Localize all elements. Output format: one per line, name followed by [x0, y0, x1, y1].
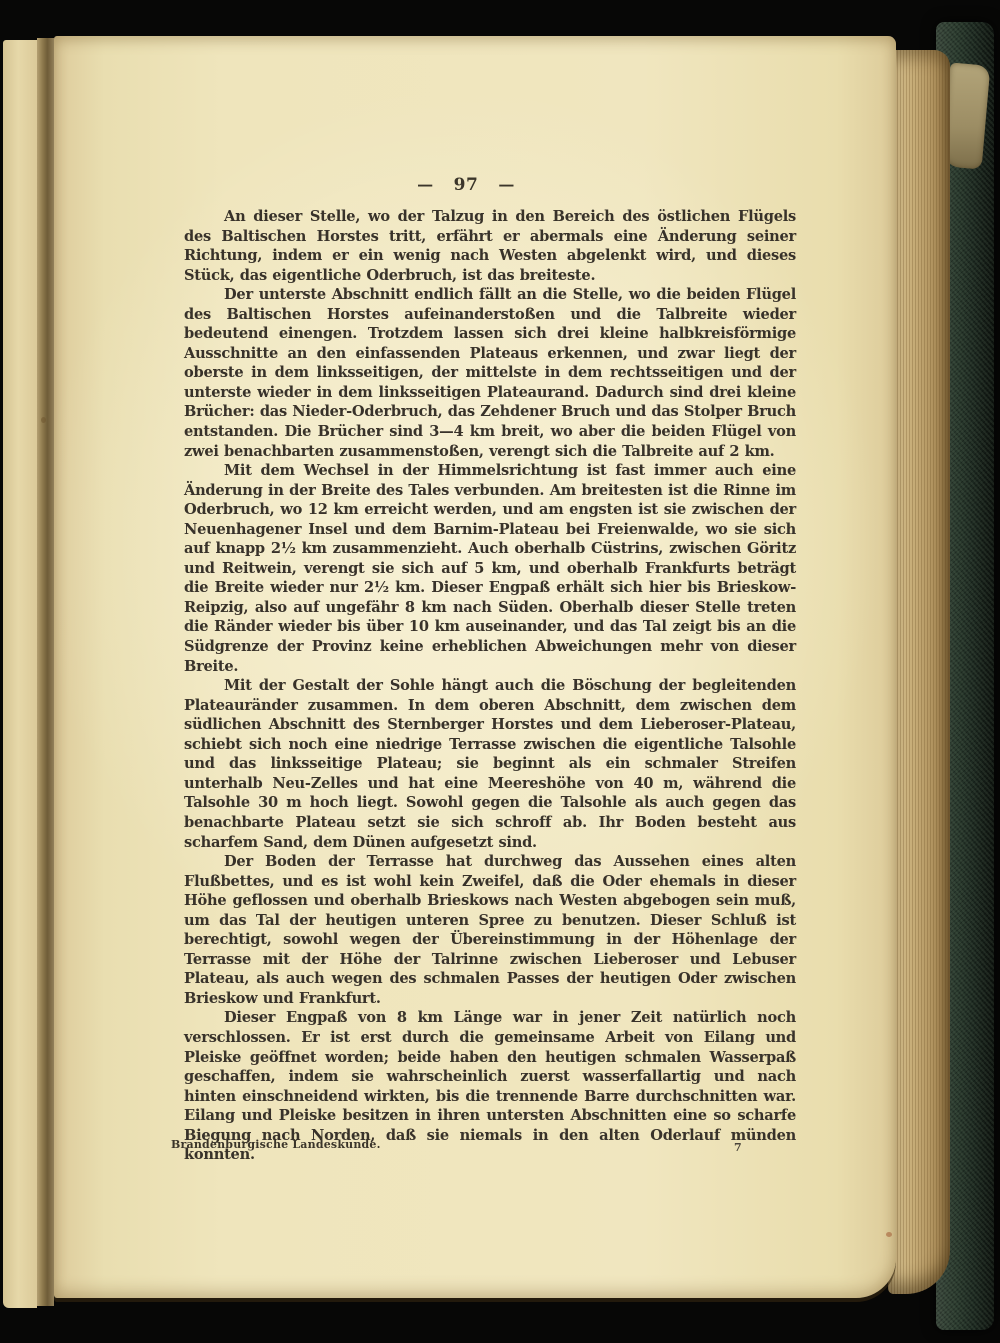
header-dash-left: — — [417, 175, 434, 194]
footer-series-title: Brandenburgische Landeskunde. — [171, 1138, 381, 1151]
page-number: 97 — [454, 175, 479, 195]
paragraph-5: Der Boden der Terrasse hat durchweg das … — [184, 852, 796, 1008]
page-blemish — [886, 1232, 892, 1237]
paragraph-3: Mit dem Wechsel in der Himmelsrichtung i… — [184, 461, 796, 676]
book-page: —97— An dieser Stelle, wo der Talzug in … — [54, 36, 896, 1298]
gutter-shadow — [37, 38, 54, 1306]
page-stack-fore-edge — [888, 50, 950, 1294]
footer-signature-number: 7 — [734, 1141, 742, 1154]
facing-page-edge — [3, 40, 37, 1308]
page-header: —97— — [160, 175, 772, 195]
paragraph-4: Mit der Gestalt der Sohle hängt auch die… — [184, 676, 796, 852]
scanned-book-photo: —97— An dieser Stelle, wo der Talzug in … — [0, 0, 1000, 1343]
paragraph-2: Der unterste Abschnitt endlich fällt an … — [184, 285, 796, 461]
paragraph-1: An dieser Stelle, wo der Talzug in den B… — [184, 207, 796, 285]
page-blemish — [41, 417, 46, 423]
body-text: An dieser Stelle, wo der Talzug in den B… — [184, 207, 796, 1165]
header-dash-right: — — [498, 175, 515, 194]
